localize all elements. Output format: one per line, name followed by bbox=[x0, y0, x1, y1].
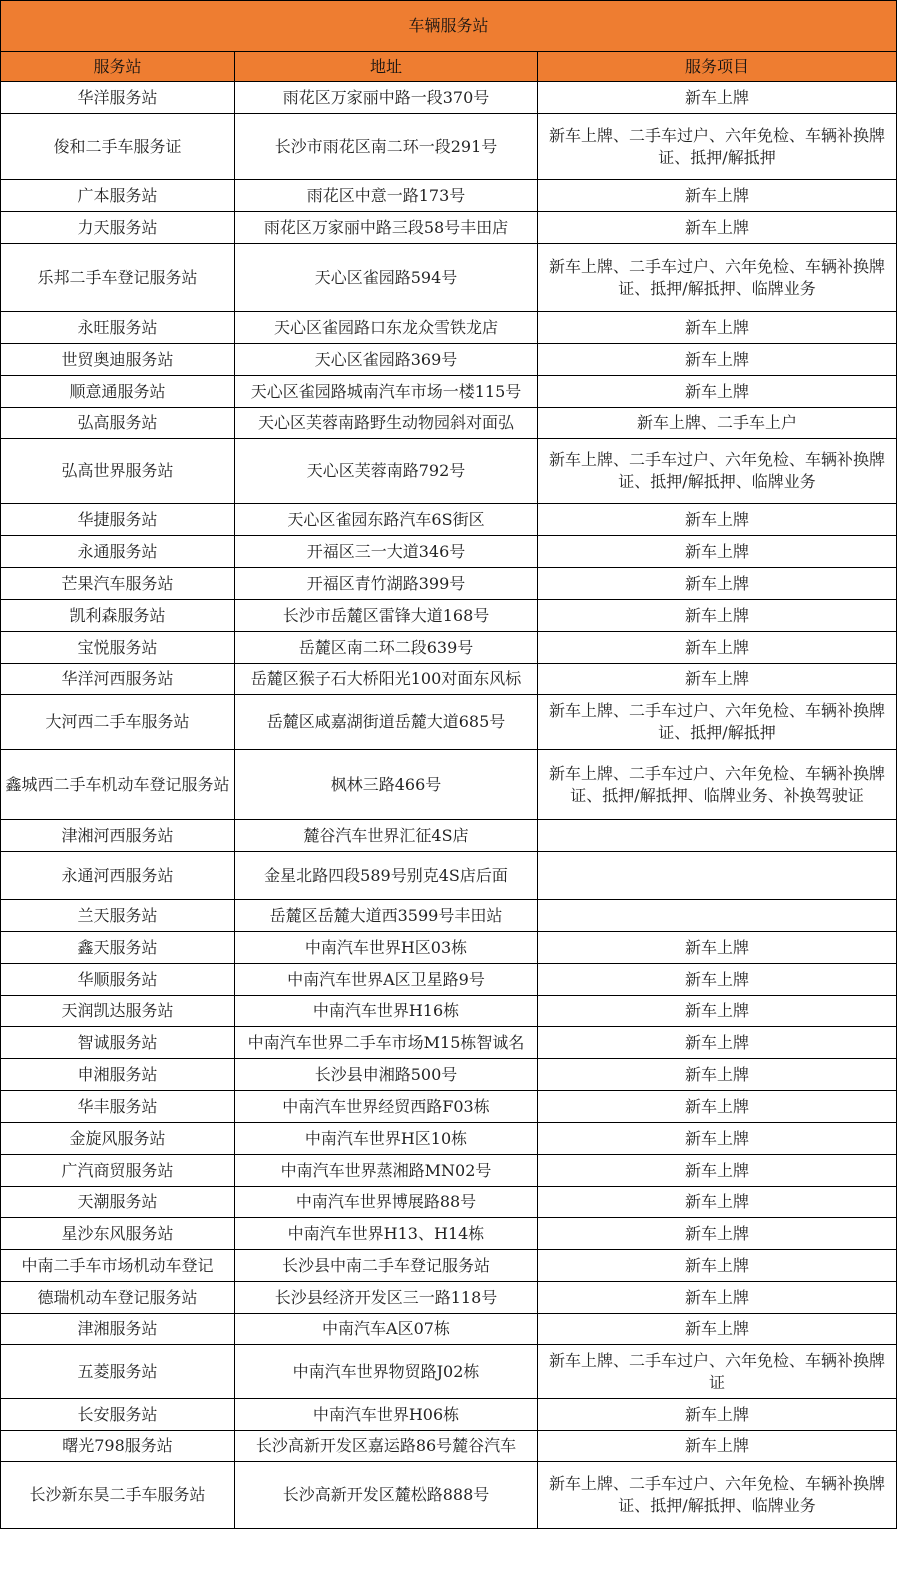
station-name-cell[interactable]: 金旋风服务站 bbox=[1, 1123, 235, 1155]
table-row: 永通服务站开福区三一大道346号新车上牌 bbox=[1, 536, 897, 568]
address-cell-text: 天心区雀园路594号 bbox=[239, 267, 533, 289]
address-cell-text: 中南汽车A区07栋 bbox=[239, 1318, 533, 1340]
table-row: 鑫天服务站中南汽车世界H区03栋新车上牌 bbox=[1, 932, 897, 964]
services-cell[interactable]: 新车上牌 bbox=[538, 1218, 897, 1250]
services-cell-text: 新车上牌 bbox=[542, 1064, 892, 1086]
station-name-cell-text: 金旋风服务站 bbox=[5, 1128, 230, 1150]
table-row: 华洋河西服务站岳麓区猴子石大桥阳光100对面东风标新车上牌 bbox=[1, 664, 897, 695]
station-name-cell[interactable]: 世贸奥迪服务站 bbox=[1, 344, 235, 376]
station-name-cell[interactable]: 兰天服务站 bbox=[1, 900, 235, 932]
address-cell-text: 中南汽车世界物贸路J02栋 bbox=[239, 1361, 533, 1383]
station-name-cell-text: 凯利森服务站 bbox=[5, 605, 230, 627]
title-row: 车辆服务站 bbox=[1, 1, 897, 52]
station-name-cell-text: 智诚服务站 bbox=[5, 1032, 230, 1054]
table-row: 弘高世界服务站天心区芙蓉南路792号新车上牌、二手车过户、六年免检、车辆补换牌证… bbox=[1, 439, 897, 504]
station-name-cell[interactable]: 德瑞机动车登记服务站 bbox=[1, 1282, 235, 1314]
address-cell[interactable]: 长沙县中南二手车登记服务站 bbox=[235, 1250, 538, 1282]
station-name-cell-text: 五菱服务站 bbox=[5, 1361, 230, 1383]
address-cell[interactable]: 长沙县申湘路500号 bbox=[235, 1059, 538, 1091]
table-row: 顺意通服务站天心区雀园路城南汽车市场一楼115号新车上牌 bbox=[1, 376, 897, 408]
station-name-cell-text: 俊和二手车服务证 bbox=[5, 136, 230, 158]
table-row: 五菱服务站中南汽车世界物贸路J02栋新车上牌、二手车过户、六年免检、车辆补换牌证 bbox=[1, 1345, 897, 1399]
station-name-cell[interactable]: 鑫城西二手车机动车登记服务站 bbox=[1, 750, 235, 820]
address-cell[interactable]: 中南汽车A区07栋 bbox=[235, 1314, 538, 1345]
address-cell-text: 中南汽车世界H区03栋 bbox=[239, 937, 533, 959]
services-cell-text: 新车上牌、二手车过户、六年免检、车辆补换牌证、抵押/解抵押、临牌业务 bbox=[542, 256, 892, 300]
station-name-cell[interactable]: 曙光798服务站 bbox=[1, 1431, 235, 1462]
address-cell[interactable]: 天心区雀园路369号 bbox=[235, 344, 538, 376]
services-cell[interactable]: 新车上牌、二手车过户、六年免检、车辆补换牌证 bbox=[538, 1345, 897, 1399]
services-cell[interactable] bbox=[538, 820, 897, 852]
services-cell-text: 新车上牌 bbox=[542, 1255, 892, 1277]
services-cell-text: 新车上牌 bbox=[542, 1096, 892, 1118]
table-row: 鑫城西二手车机动车登记服务站枫林三路466号新车上牌、二手车过户、六年免检、车辆… bbox=[1, 750, 897, 820]
station-name-cell-text: 宝悦服务站 bbox=[5, 637, 230, 659]
services-cell-text: 新车上牌、二手车过户、六年免检、车辆补换牌证、抵押/解抵押 bbox=[542, 700, 892, 744]
station-name-cell[interactable]: 永旺服务站 bbox=[1, 312, 235, 344]
services-cell-text: 新车上牌 bbox=[542, 573, 892, 595]
services-cell-text: 新车上牌 bbox=[542, 1191, 892, 1213]
services-cell-text: 新车上牌 bbox=[542, 509, 892, 531]
services-cell[interactable]: 新车上牌 bbox=[538, 1399, 897, 1431]
services-cell[interactable]: 新车上牌 bbox=[538, 376, 897, 408]
services-cell[interactable]: 新车上牌 bbox=[538, 600, 897, 632]
station-name-cell-text: 广本服务站 bbox=[5, 185, 230, 207]
address-cell-text: 中南汽车世界A区卫星路9号 bbox=[239, 969, 533, 991]
service-station-table: 车辆服务站 服务站 地址 服务项目 华洋服务站雨花区万家丽中路一段370号新车上… bbox=[0, 0, 897, 1529]
station-name-cell-text: 长沙新东昊二手车服务站 bbox=[5, 1484, 230, 1506]
station-name-cell[interactable]: 天润凯达服务站 bbox=[1, 996, 235, 1027]
services-cell[interactable]: 新车上牌 bbox=[538, 632, 897, 664]
address-cell[interactable]: 长沙市雨花区南二环一段291号 bbox=[235, 114, 538, 180]
services-cell-text: 新车上牌 bbox=[542, 668, 892, 690]
station-name-cell[interactable]: 永通河西服务站 bbox=[1, 852, 235, 900]
services-cell[interactable]: 新车上牌 bbox=[538, 1314, 897, 1345]
services-cell[interactable]: 新车上牌、二手车过户、六年免检、车辆补换牌证、抵押/解抵押 bbox=[538, 114, 897, 180]
address-cell[interactable]: 雨花区万家丽中路一段370号 bbox=[235, 82, 538, 114]
services-cell[interactable]: 新车上牌 bbox=[538, 996, 897, 1027]
address-cell-text: 雨花区万家丽中路三段58号丰田店 bbox=[239, 217, 533, 239]
services-cell[interactable] bbox=[538, 900, 897, 932]
station-name-cell[interactable]: 广本服务站 bbox=[1, 180, 235, 212]
address-cell-text: 雨花区万家丽中路一段370号 bbox=[239, 87, 533, 109]
station-name-cell[interactable]: 智诚服务站 bbox=[1, 1027, 235, 1059]
header-row: 服务站 地址 服务项目 bbox=[1, 52, 897, 82]
table-row: 金旋风服务站中南汽车世界H区10栋新车上牌 bbox=[1, 1123, 897, 1155]
address-cell-text: 长沙市岳麓区雷锋大道168号 bbox=[239, 605, 533, 627]
services-cell[interactable]: 新车上牌、二手车过户、六年免检、车辆补换牌证、抵押/解抵押、临牌业务 bbox=[538, 1462, 897, 1529]
services-cell-text: 新车上牌 bbox=[542, 1128, 892, 1150]
table-row: 天润凯达服务站中南汽车世界H16栋新车上牌 bbox=[1, 996, 897, 1027]
station-name-cell[interactable]: 中南二手车市场机动车登记 bbox=[1, 1250, 235, 1282]
station-name-cell-text: 兰天服务站 bbox=[5, 905, 230, 927]
services-cell[interactable]: 新车上牌 bbox=[538, 964, 897, 996]
services-cell-text: 新车上牌 bbox=[542, 317, 892, 339]
services-cell[interactable]: 新车上牌 bbox=[538, 1091, 897, 1123]
services-cell-text: 新车上牌 bbox=[542, 541, 892, 563]
address-cell-text: 中南汽车世界经贸西路F03栋 bbox=[239, 1096, 533, 1118]
services-cell-text: 新车上牌 bbox=[542, 937, 892, 959]
services-cell[interactable]: 新车上牌 bbox=[538, 504, 897, 536]
station-name-cell-text: 津湘河西服务站 bbox=[5, 825, 230, 847]
station-name-cell-text: 永通服务站 bbox=[5, 541, 230, 563]
address-cell[interactable]: 中南汽车世界H区03栋 bbox=[235, 932, 538, 964]
station-name-cell[interactable]: 天潮服务站 bbox=[1, 1187, 235, 1218]
table-row: 申湘服务站长沙县申湘路500号新车上牌 bbox=[1, 1059, 897, 1091]
address-cell-text: 中南汽车世界蒸湘路MN02号 bbox=[239, 1160, 533, 1182]
column-header-station[interactable]: 服务站 bbox=[1, 52, 235, 82]
address-cell[interactable]: 中南汽车世界二手车市场M15栋智诚名 bbox=[235, 1027, 538, 1059]
station-name-cell-text: 永旺服务站 bbox=[5, 317, 230, 339]
column-header-services[interactable]: 服务项目 bbox=[538, 52, 897, 82]
station-name-cell[interactable]: 大河西二手车服务站 bbox=[1, 695, 235, 750]
table-row: 华顺服务站中南汽车世界A区卫星路9号新车上牌 bbox=[1, 964, 897, 996]
services-cell-text: 新车上牌 bbox=[542, 217, 892, 239]
table-row: 芒果汽车服务站开福区青竹湖路399号新车上牌 bbox=[1, 568, 897, 600]
column-header-address[interactable]: 地址 bbox=[235, 52, 538, 82]
station-name-cell[interactable]: 华捷服务站 bbox=[1, 504, 235, 536]
station-name-cell-text: 乐邦二手车登记服务站 bbox=[5, 267, 230, 289]
services-cell[interactable]: 新车上牌 bbox=[538, 664, 897, 695]
station-name-cell[interactable]: 凯利森服务站 bbox=[1, 600, 235, 632]
station-name-cell[interactable]: 长安服务站 bbox=[1, 1399, 235, 1431]
services-cell-text: 新车上牌 bbox=[542, 185, 892, 207]
station-name-cell[interactable]: 申湘服务站 bbox=[1, 1059, 235, 1091]
address-cell[interactable]: 天心区芙蓉南路野生动物园斜对面弘 bbox=[235, 408, 538, 439]
address-cell[interactable]: 天心区雀园路594号 bbox=[235, 244, 538, 312]
table-row: 弘高服务站天心区芙蓉南路野生动物园斜对面弘新车上牌、二手车上户 bbox=[1, 408, 897, 439]
station-name-cell-text: 星沙东风服务站 bbox=[5, 1223, 230, 1245]
address-cell[interactable]: 麓谷汽车世界汇征4S店 bbox=[235, 820, 538, 852]
address-cell[interactable]: 岳麓区南二环二段639号 bbox=[235, 632, 538, 664]
address-cell-text: 开福区青竹湖路399号 bbox=[239, 573, 533, 595]
services-cell[interactable]: 新车上牌、二手车上户 bbox=[538, 408, 897, 439]
station-name-cell-text: 天潮服务站 bbox=[5, 1191, 230, 1213]
table-row: 中南二手车市场机动车登记长沙县中南二手车登记服务站新车上牌 bbox=[1, 1250, 897, 1282]
station-name-cell[interactable]: 力天服务站 bbox=[1, 212, 235, 244]
address-cell-text: 中南汽车世界H13、H14栋 bbox=[239, 1223, 533, 1245]
station-name-cell-text: 中南二手车市场机动车登记 bbox=[5, 1255, 230, 1277]
table-row: 大河西二手车服务站岳麓区咸嘉湖街道岳麓大道685号新车上牌、二手车过户、六年免检… bbox=[1, 695, 897, 750]
address-cell-text: 长沙县中南二手车登记服务站 bbox=[239, 1255, 533, 1277]
services-cell[interactable]: 新车上牌、二手车过户、六年免检、车辆补换牌证、抵押/解抵押 bbox=[538, 695, 897, 750]
services-cell[interactable]: 新车上牌 bbox=[538, 1059, 897, 1091]
station-name-cell[interactable]: 俊和二手车服务证 bbox=[1, 114, 235, 180]
station-name-cell[interactable]: 津湘服务站 bbox=[1, 1314, 235, 1345]
station-name-cell-text: 申湘服务站 bbox=[5, 1064, 230, 1086]
station-name-cell-text: 广汽商贸服务站 bbox=[5, 1160, 230, 1182]
table-row: 长安服务站中南汽车世界H06栋新车上牌 bbox=[1, 1399, 897, 1431]
services-cell[interactable]: 新车上牌 bbox=[538, 1155, 897, 1187]
station-name-cell[interactable]: 乐邦二手车登记服务站 bbox=[1, 244, 235, 312]
station-name-cell[interactable]: 芒果汽车服务站 bbox=[1, 568, 235, 600]
address-cell-text: 天心区雀园路口东龙众雪铁龙店 bbox=[239, 317, 533, 339]
address-cell-text: 岳麓区南二环二段639号 bbox=[239, 637, 533, 659]
table-row: 永通河西服务站金星北路四段589号别克4S店后面 bbox=[1, 852, 897, 900]
table-row: 德瑞机动车登记服务站长沙县经济开发区三一路118号新车上牌 bbox=[1, 1282, 897, 1314]
address-cell[interactable]: 岳麓区岳麓大道西3599号丰田站 bbox=[235, 900, 538, 932]
services-cell-text: 新车上牌、二手车过户、六年免检、车辆补换牌证、抵押/解抵押、临牌业务 bbox=[542, 1473, 892, 1517]
services-cell-text: 新车上牌 bbox=[542, 1000, 892, 1022]
services-cell-text: 新车上牌 bbox=[542, 349, 892, 371]
services-cell-text: 新车上牌、二手车上户 bbox=[542, 412, 892, 434]
address-cell[interactable]: 长沙高新开发区嘉运路86号麓谷汽车 bbox=[235, 1431, 538, 1462]
services-cell-text: 新车上牌 bbox=[542, 381, 892, 403]
station-name-cell[interactable]: 华洋服务站 bbox=[1, 82, 235, 114]
table-row: 俊和二手车服务证长沙市雨花区南二环一段291号新车上牌、二手车过户、六年免检、车… bbox=[1, 114, 897, 180]
table-row: 华捷服务站天心区雀园东路汽车6S街区新车上牌 bbox=[1, 504, 897, 536]
table-row: 永旺服务站天心区雀园路口东龙众雪铁龙店新车上牌 bbox=[1, 312, 897, 344]
station-name-cell-text: 芒果汽车服务站 bbox=[5, 573, 230, 595]
station-name-cell-text: 德瑞机动车登记服务站 bbox=[5, 1287, 230, 1309]
address-cell[interactable]: 岳麓区猴子石大桥阳光100对面东风标 bbox=[235, 664, 538, 695]
services-cell-text: 新车上牌 bbox=[542, 1404, 892, 1426]
table-body: 华洋服务站雨花区万家丽中路一段370号新车上牌俊和二手车服务证长沙市雨花区南二环… bbox=[1, 82, 897, 1529]
address-cell-text: 岳麓区咸嘉湖街道岳麓大道685号 bbox=[239, 711, 533, 733]
table-row: 广本服务站雨花区中意一路173号新车上牌 bbox=[1, 180, 897, 212]
table-row: 津湘河西服务站麓谷汽车世界汇征4S店 bbox=[1, 820, 897, 852]
address-cell-text: 中南汽车世界二手车市场M15栋智诚名 bbox=[239, 1032, 533, 1054]
address-cell[interactable]: 中南汽车世界A区卫星路9号 bbox=[235, 964, 538, 996]
services-cell[interactable]: 新车上牌 bbox=[538, 536, 897, 568]
address-cell[interactable]: 中南汽车世界经贸西路F03栋 bbox=[235, 1091, 538, 1123]
address-cell-text: 长沙高新开发区麓松路888号 bbox=[239, 1484, 533, 1506]
address-cell[interactable]: 岳麓区咸嘉湖街道岳麓大道685号 bbox=[235, 695, 538, 750]
address-cell-text: 金星北路四段589号别克4S店后面 bbox=[239, 865, 533, 887]
station-name-cell-text: 长安服务站 bbox=[5, 1404, 230, 1426]
address-cell[interactable]: 金星北路四段589号别克4S店后面 bbox=[235, 852, 538, 900]
table-row: 智诚服务站中南汽车世界二手车市场M15栋智诚名新车上牌 bbox=[1, 1027, 897, 1059]
station-name-cell-text: 华捷服务站 bbox=[5, 509, 230, 531]
address-cell[interactable]: 中南汽车世界博展路88号 bbox=[235, 1187, 538, 1218]
table-row: 天潮服务站中南汽车世界博展路88号新车上牌 bbox=[1, 1187, 897, 1218]
station-name-cell[interactable]: 星沙东风服务站 bbox=[1, 1218, 235, 1250]
services-cell[interactable]: 新车上牌 bbox=[538, 1250, 897, 1282]
station-name-cell[interactable]: 宝悦服务站 bbox=[1, 632, 235, 664]
address-cell[interactable]: 开福区青竹湖路399号 bbox=[235, 568, 538, 600]
table-row: 长沙新东昊二手车服务站长沙高新开发区麓松路888号新车上牌、二手车过户、六年免检… bbox=[1, 1462, 897, 1529]
station-name-cell[interactable]: 华丰服务站 bbox=[1, 1091, 235, 1123]
services-cell[interactable]: 新车上牌 bbox=[538, 344, 897, 376]
station-name-cell-text: 鑫城西二手车机动车登记服务站 bbox=[5, 774, 230, 796]
address-cell[interactable]: 长沙高新开发区麓松路888号 bbox=[235, 1462, 538, 1529]
address-cell-text: 开福区三一大道346号 bbox=[239, 541, 533, 563]
table-row: 兰天服务站岳麓区岳麓大道西3599号丰田站 bbox=[1, 900, 897, 932]
station-name-cell-text: 华顺服务站 bbox=[5, 969, 230, 991]
station-name-cell-text: 华丰服务站 bbox=[5, 1096, 230, 1118]
services-cell[interactable] bbox=[538, 852, 897, 900]
address-cell-text: 天心区雀园东路汽车6S街区 bbox=[239, 509, 533, 531]
address-cell[interactable]: 长沙市岳麓区雷锋大道168号 bbox=[235, 600, 538, 632]
table-title: 车辆服务站 bbox=[1, 1, 897, 52]
address-cell-text: 麓谷汽车世界汇征4S店 bbox=[239, 825, 533, 847]
address-cell-text: 天心区芙蓉南路792号 bbox=[239, 460, 533, 482]
station-name-cell[interactable]: 永通服务站 bbox=[1, 536, 235, 568]
station-name-cell[interactable]: 华顺服务站 bbox=[1, 964, 235, 996]
station-name-cell-text: 华洋河西服务站 bbox=[5, 668, 230, 690]
station-name-cell-text: 顺意通服务站 bbox=[5, 381, 230, 403]
table-row: 广汽商贸服务站中南汽车世界蒸湘路MN02号新车上牌 bbox=[1, 1155, 897, 1187]
services-cell-text: 新车上牌 bbox=[542, 1160, 892, 1182]
address-cell[interactable]: 雨花区中意一路173号 bbox=[235, 180, 538, 212]
address-cell[interactable]: 枫林三路466号 bbox=[235, 750, 538, 820]
services-cell[interactable]: 新车上牌 bbox=[538, 180, 897, 212]
table-row: 乐邦二手车登记服务站天心区雀园路594号新车上牌、二手车过户、六年免检、车辆补换… bbox=[1, 244, 897, 312]
services-cell-text: 新车上牌 bbox=[542, 1318, 892, 1340]
station-name-cell-text: 鑫天服务站 bbox=[5, 937, 230, 959]
services-cell-text: 新车上牌、二手车过户、六年免检、车辆补换牌证、抵押/解抵押 bbox=[542, 125, 892, 169]
station-name-cell-text: 曙光798服务站 bbox=[5, 1435, 230, 1457]
services-cell[interactable]: 新车上牌、二手车过户、六年免检、车辆补换牌证、抵押/解抵押、临牌业务 bbox=[538, 439, 897, 504]
address-cell-text: 中南汽车世界H06栋 bbox=[239, 1404, 533, 1426]
address-cell[interactable]: 中南汽车世界H13、H14栋 bbox=[235, 1218, 538, 1250]
station-name-cell[interactable]: 五菱服务站 bbox=[1, 1345, 235, 1399]
address-cell[interactable]: 天心区雀园路城南汽车市场一楼115号 bbox=[235, 376, 538, 408]
station-name-cell[interactable]: 弘高服务站 bbox=[1, 408, 235, 439]
services-cell[interactable]: 新车上牌 bbox=[538, 568, 897, 600]
station-name-cell[interactable]: 弘高世界服务站 bbox=[1, 439, 235, 504]
address-cell-text: 中南汽车世界H16栋 bbox=[239, 1000, 533, 1022]
services-cell[interactable]: 新车上牌 bbox=[538, 1282, 897, 1314]
services-cell-text: 新车上牌 bbox=[542, 87, 892, 109]
station-name-cell-text: 弘高服务站 bbox=[5, 412, 230, 434]
address-cell-text: 岳麓区猴子石大桥阳光100对面东风标 bbox=[239, 668, 533, 690]
services-cell-text: 新车上牌 bbox=[542, 1032, 892, 1054]
address-cell-text: 长沙县经济开发区三一路118号 bbox=[239, 1287, 533, 1309]
services-cell-text: 新车上牌 bbox=[542, 605, 892, 627]
services-cell-text: 新车上牌 bbox=[542, 969, 892, 991]
address-cell[interactable]: 天心区芙蓉南路792号 bbox=[235, 439, 538, 504]
station-name-cell[interactable]: 鑫天服务站 bbox=[1, 932, 235, 964]
services-cell[interactable]: 新车上牌 bbox=[538, 312, 897, 344]
services-cell[interactable]: 新车上牌 bbox=[538, 1123, 897, 1155]
table-row: 津湘服务站中南汽车A区07栋新车上牌 bbox=[1, 1314, 897, 1345]
address-cell-text: 天心区雀园路369号 bbox=[239, 349, 533, 371]
services-cell[interactable]: 新车上牌、二手车过户、六年免检、车辆补换牌证、抵押/解抵押、临牌业务 bbox=[538, 244, 897, 312]
table-row: 世贸奥迪服务站天心区雀园路369号新车上牌 bbox=[1, 344, 897, 376]
address-cell[interactable]: 长沙县经济开发区三一路118号 bbox=[235, 1282, 538, 1314]
services-cell-text: 新车上牌 bbox=[542, 1435, 892, 1457]
table-row: 华洋服务站雨花区万家丽中路一段370号新车上牌 bbox=[1, 82, 897, 114]
address-cell[interactable]: 中南汽车世界H06栋 bbox=[235, 1399, 538, 1431]
address-cell[interactable]: 天心区雀园路口东龙众雪铁龙店 bbox=[235, 312, 538, 344]
station-name-cell[interactable]: 长沙新东昊二手车服务站 bbox=[1, 1462, 235, 1529]
table-row: 星沙东风服务站中南汽车世界H13、H14栋新车上牌 bbox=[1, 1218, 897, 1250]
address-cell[interactable]: 中南汽车世界蒸湘路MN02号 bbox=[235, 1155, 538, 1187]
services-cell-text: 新车上牌、二手车过户、六年免检、车辆补换牌证、抵押/解抵押、临牌业务 bbox=[542, 449, 892, 493]
station-name-cell-text: 大河西二手车服务站 bbox=[5, 711, 230, 733]
table-row: 华丰服务站中南汽车世界经贸西路F03栋新车上牌 bbox=[1, 1091, 897, 1123]
station-name-cell-text: 世贸奥迪服务站 bbox=[5, 349, 230, 371]
services-cell[interactable]: 新车上牌 bbox=[538, 212, 897, 244]
table-row: 凯利森服务站长沙市岳麓区雷锋大道168号新车上牌 bbox=[1, 600, 897, 632]
station-name-cell-text: 弘高世界服务站 bbox=[5, 460, 230, 482]
address-cell-text: 中南汽车世界H区10栋 bbox=[239, 1128, 533, 1150]
address-cell-text: 天心区雀园路城南汽车市场一楼115号 bbox=[239, 381, 533, 403]
station-name-cell-text: 永通河西服务站 bbox=[5, 865, 230, 887]
services-cell[interactable]: 新车上牌 bbox=[538, 1431, 897, 1462]
services-cell[interactable]: 新车上牌 bbox=[538, 1187, 897, 1218]
address-cell[interactable]: 天心区雀园东路汽车6S街区 bbox=[235, 504, 538, 536]
station-name-cell[interactable]: 广汽商贸服务站 bbox=[1, 1155, 235, 1187]
address-cell[interactable]: 中南汽车世界H16栋 bbox=[235, 996, 538, 1027]
station-name-cell[interactable]: 顺意通服务站 bbox=[1, 376, 235, 408]
address-cell-text: 长沙县申湘路500号 bbox=[239, 1064, 533, 1086]
services-cell[interactable]: 新车上牌、二手车过户、六年免检、车辆补换牌证、抵押/解抵押、临牌业务、补换驾驶证 bbox=[538, 750, 897, 820]
services-cell-text: 新车上牌、二手车过户、六年免检、车辆补换牌证 bbox=[542, 1350, 892, 1394]
services-cell[interactable]: 新车上牌 bbox=[538, 82, 897, 114]
services-cell-text: 新车上牌、二手车过户、六年免检、车辆补换牌证、抵押/解抵押、临牌业务、补换驾驶证 bbox=[542, 763, 892, 807]
address-cell-text: 岳麓区岳麓大道西3599号丰田站 bbox=[239, 905, 533, 927]
address-cell[interactable]: 雨花区万家丽中路三段58号丰田店 bbox=[235, 212, 538, 244]
address-cell-text: 天心区芙蓉南路野生动物园斜对面弘 bbox=[239, 412, 533, 434]
station-name-cell[interactable]: 华洋河西服务站 bbox=[1, 664, 235, 695]
address-cell-text: 中南汽车世界博展路88号 bbox=[239, 1191, 533, 1213]
address-cell-text: 长沙高新开发区嘉运路86号麓谷汽车 bbox=[239, 1435, 533, 1457]
table-row: 曙光798服务站长沙高新开发区嘉运路86号麓谷汽车新车上牌 bbox=[1, 1431, 897, 1462]
station-name-cell-text: 天润凯达服务站 bbox=[5, 1000, 230, 1022]
address-cell[interactable]: 中南汽车世界物贸路J02栋 bbox=[235, 1345, 538, 1399]
services-cell[interactable]: 新车上牌 bbox=[538, 1027, 897, 1059]
station-name-cell[interactable]: 津湘河西服务站 bbox=[1, 820, 235, 852]
station-name-cell-text: 华洋服务站 bbox=[5, 87, 230, 109]
address-cell-text: 长沙市雨花区南二环一段291号 bbox=[239, 136, 533, 158]
station-name-cell-text: 力天服务站 bbox=[5, 217, 230, 239]
address-cell[interactable]: 中南汽车世界H区10栋 bbox=[235, 1123, 538, 1155]
address-cell-text: 枫林三路466号 bbox=[239, 774, 533, 796]
table-row: 宝悦服务站岳麓区南二环二段639号新车上牌 bbox=[1, 632, 897, 664]
address-cell-text: 雨花区中意一路173号 bbox=[239, 185, 533, 207]
services-cell-text: 新车上牌 bbox=[542, 1223, 892, 1245]
address-cell[interactable]: 开福区三一大道346号 bbox=[235, 536, 538, 568]
services-cell-text: 新车上牌 bbox=[542, 1287, 892, 1309]
table-row: 力天服务站雨花区万家丽中路三段58号丰田店新车上牌 bbox=[1, 212, 897, 244]
station-name-cell-text: 津湘服务站 bbox=[5, 1318, 230, 1340]
services-cell[interactable]: 新车上牌 bbox=[538, 932, 897, 964]
services-cell-text: 新车上牌 bbox=[542, 637, 892, 659]
